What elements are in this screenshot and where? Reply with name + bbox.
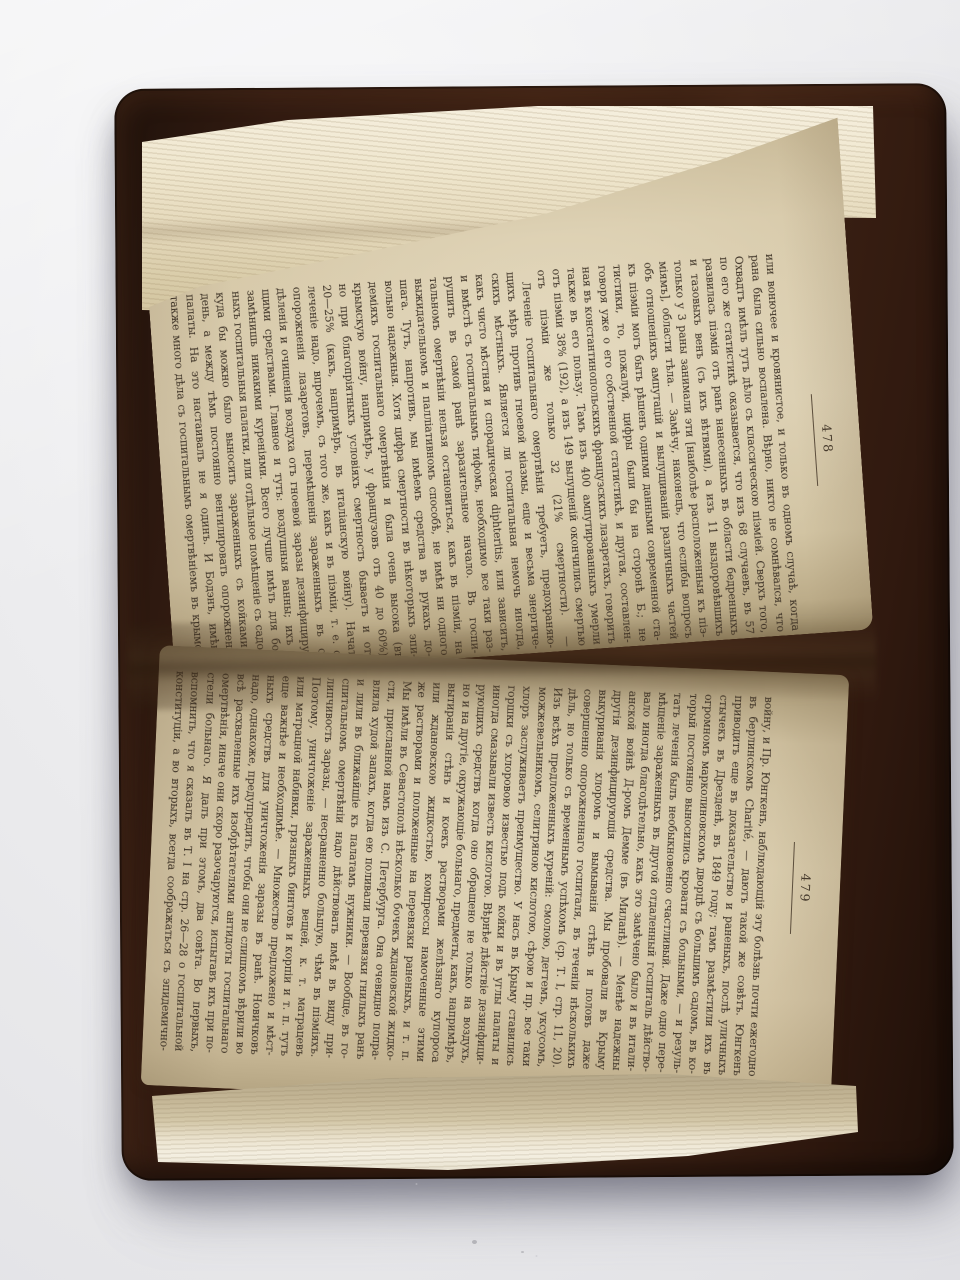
page-479: 479 войну, и Пр. Юнгкенъ, наблюдающій эт… [141,645,850,1115]
dust-specks [472,1240,477,1244]
page-text: войну, и Пр. Юнгкенъ, наблюдающій эту бо… [156,671,776,1077]
page-text: или вонючее и кровянистое, и только въ о… [166,253,803,673]
book: 478 или вонючее и кровянистое, и только … [0,0,960,1280]
page-number: 478 [819,424,836,455]
page-header: 478 [800,250,851,629]
page-header: 479 [783,698,824,1079]
page-number: 479 [797,873,813,903]
photo-background: 478 или вонючее и кровянистое, и только … [0,0,960,1280]
page-number-rule [810,394,818,486]
page-number-rule [790,842,795,934]
